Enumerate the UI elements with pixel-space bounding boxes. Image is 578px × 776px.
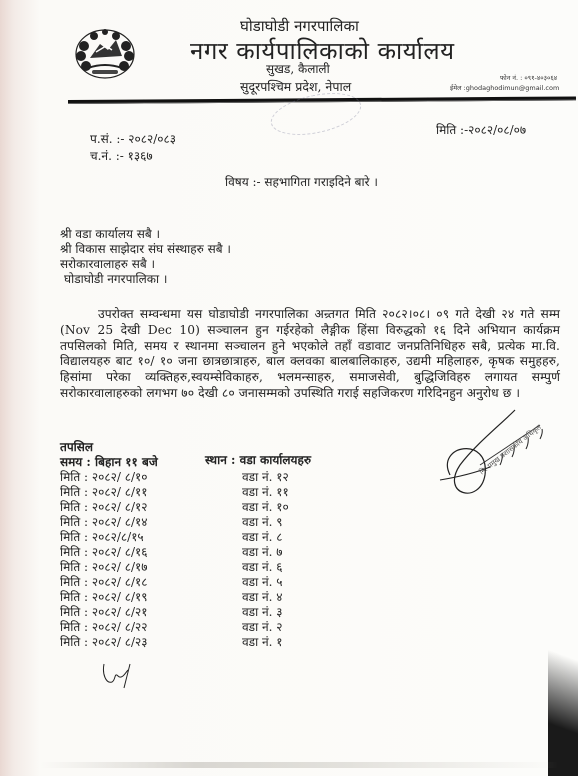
dispatch-number: च.नं. :- १३६७ xyxy=(90,147,153,164)
schedule-ward: वडा नं. १ xyxy=(242,633,283,650)
office-location: सुखड, कैलाली xyxy=(266,60,330,77)
letter-number: प.सं. :- २०८२/०८३ xyxy=(90,130,176,147)
initials-icon xyxy=(100,660,140,690)
schedule-place: स्थान : वडा कार्यालयहरु xyxy=(205,451,311,468)
municipality-name: घोडाघोडी नगरपालिका xyxy=(240,16,359,36)
letter-date: मिति :-२०८२/०८/०७ xyxy=(436,121,526,138)
phone-number: फोन नं. : ०९१-४०३०६४ xyxy=(450,73,559,83)
contact-info: फोन नं. : ०९१-४०३०६४ ईमेल :ghodaghodimun… xyxy=(450,73,559,93)
email-address: ईमेल :ghodaghodimun@gmail.com xyxy=(450,83,559,93)
page-fold xyxy=(40,762,558,768)
schedule-date: मिति : २०८२/ ८/२३ xyxy=(60,633,148,650)
nepal-emblem-icon xyxy=(72,22,138,82)
addressee: घोडाघोडी नगरपालिका । xyxy=(64,270,167,287)
page-edge-shadow xyxy=(548,576,578,776)
letter-page: घोडाघोडी नगरपालिका नगर कार्यपालिकाको कार… xyxy=(0,0,578,776)
letter-body: उपरोक्त सम्वन्धमा यस घोडाघोडी नगरपालिका … xyxy=(60,307,560,402)
letter-subject: विषय :- सहभागिता गराइदिने बारे । xyxy=(225,173,378,190)
